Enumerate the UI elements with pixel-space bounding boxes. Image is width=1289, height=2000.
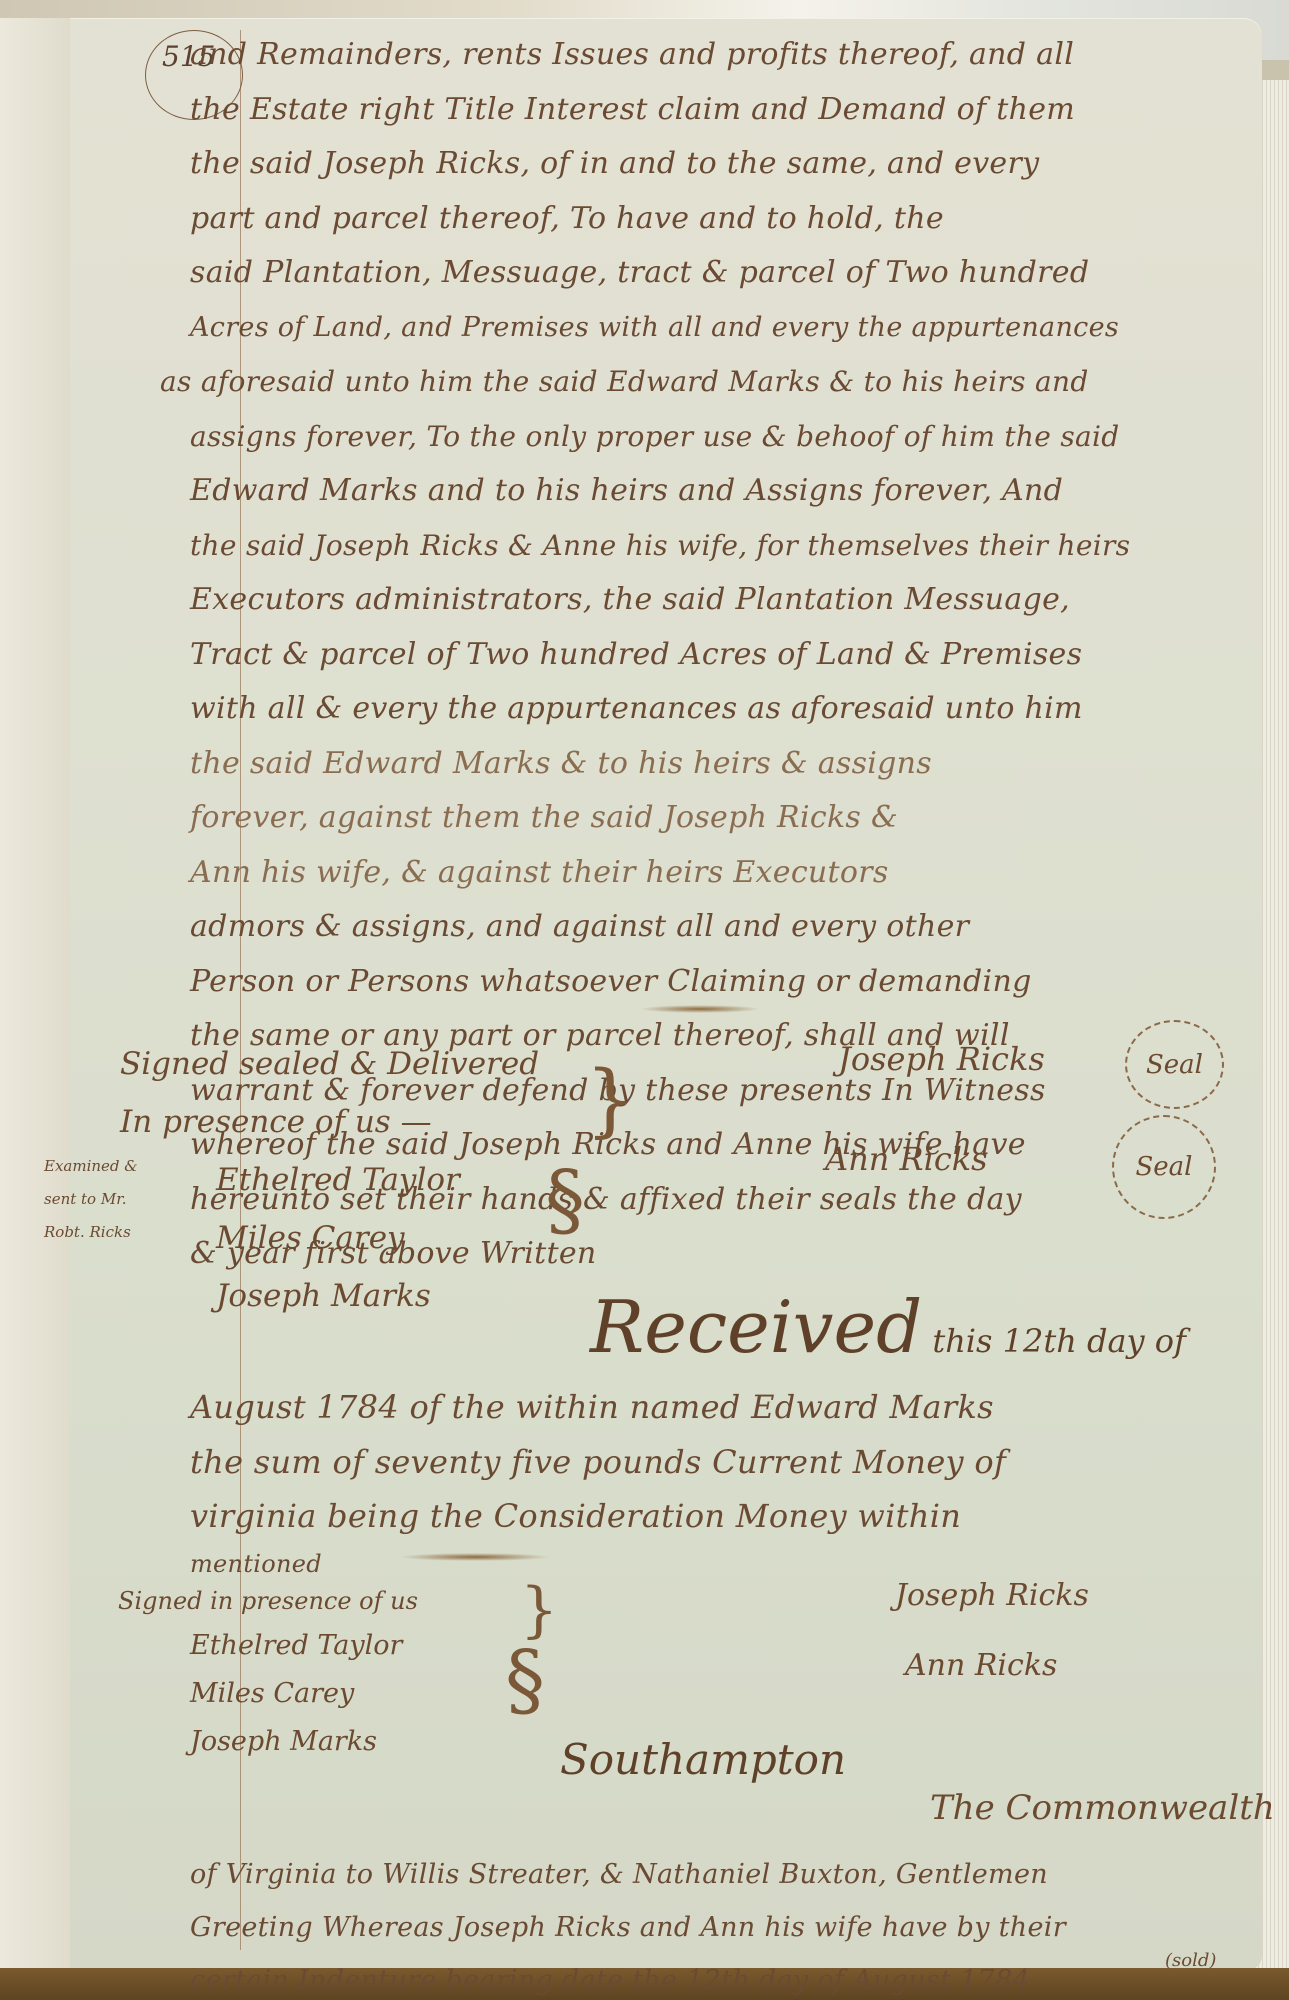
seal-scroll: Seal xyxy=(1125,1020,1224,1109)
deed-line: forever, against them the said Joseph Ri… xyxy=(190,791,1250,846)
deed-line: Executors administrators, the said Plant… xyxy=(190,573,1250,628)
commission-line: certain Indenture bearing date the 12th … xyxy=(190,1954,1250,2000)
commission-body: of Virginia to Willis Streater, & Nathan… xyxy=(190,1848,1250,2000)
receipt-title: Received xyxy=(590,1285,922,1369)
witness-name: Miles Carey xyxy=(216,1209,539,1267)
receipt-line: August 1784 of the within named Edward M… xyxy=(190,1380,1250,1435)
margin-note-line: Robt. Ricks xyxy=(44,1216,224,1249)
deed-line: admors & assigns, and against all and ev… xyxy=(190,900,1250,955)
commission-line: of Virginia to Willis Streater, & Nathan… xyxy=(190,1848,1250,1901)
deed-line: and Remainders, rents Issues and profits… xyxy=(190,28,1250,83)
margin-note: Examined & sent to Mr. Robt. Ricks xyxy=(44,1150,224,1249)
seal-label: Seal xyxy=(1146,1050,1203,1080)
deed-line: as aforesaid unto him the said Edward Ma… xyxy=(160,355,1250,410)
deed-line: Person or Persons whatsoever Claiming or… xyxy=(190,955,1250,1010)
receipt-signature: Joseph Ricks xyxy=(895,1578,1089,1613)
deed-line: the said Joseph Ricks & Anne his wife, f… xyxy=(190,519,1250,574)
seal-scroll: Seal xyxy=(1112,1115,1216,1219)
grantor-signature: Joseph Ricks xyxy=(838,1040,1045,1078)
county-heading: Southampton xyxy=(560,1735,846,1784)
brace-flourish: § xyxy=(505,1640,545,1720)
deed-line: Ann his wife, & against their heirs Exec… xyxy=(190,846,1250,901)
deed-line: Edward Marks and to his heirs and Assign… xyxy=(190,464,1250,519)
witness-name: Miles Carey xyxy=(190,1670,418,1718)
witness-name: Ethelred Taylor xyxy=(216,1151,539,1209)
deed-line: assigns forever, To the only proper use … xyxy=(190,410,1250,465)
witness-name: Joseph Marks xyxy=(190,1718,418,1766)
witness-name: Ethelred Taylor xyxy=(190,1622,418,1670)
receipt-line: mentioned xyxy=(190,1544,1250,1584)
deed-line: the Estate right Title Interest claim an… xyxy=(190,83,1250,138)
witness-name: Joseph Marks xyxy=(216,1267,539,1325)
deed-line: part and parcel thereof, To have and to … xyxy=(190,192,1250,247)
seal-label: Seal xyxy=(1135,1152,1192,1182)
deed-line: Acres of Land, and Premises with all and… xyxy=(190,301,1250,356)
deed-line: said Plantation, Messuage, tract & parce… xyxy=(190,246,1250,301)
receipt-body: August 1784 of the within named Edward M… xyxy=(190,1380,1250,1584)
ink-flourish xyxy=(640,1005,760,1013)
catchword: (sold) xyxy=(1165,1950,1216,1971)
attestation-heading: Signed sealed & Delivered xyxy=(120,1035,539,1093)
brace-flourish: } xyxy=(520,1580,558,1640)
receipt-witness-block: Signed in presence of us Ethelred Taylor… xyxy=(118,1580,418,1766)
deed-line: the said Joseph Ricks, of in and to the … xyxy=(190,137,1250,192)
deed-line: the said Edward Marks & to his heirs & a… xyxy=(190,737,1250,792)
margin-note-line: sent to Mr. xyxy=(44,1183,224,1216)
deed-line: Tract & parcel of Two hundred Acres of L… xyxy=(190,628,1250,683)
ink-flourish xyxy=(400,1553,550,1561)
brace-flourish: } xyxy=(585,1060,636,1140)
page-gutter xyxy=(0,18,70,1970)
receipt-witness-heading: Signed in presence of us xyxy=(118,1580,418,1622)
commission-opening: The Commonwealth xyxy=(930,1788,1275,1828)
brace-flourish: § xyxy=(545,1160,585,1240)
receipt-date: this 12th day of xyxy=(932,1322,1186,1360)
receipt-line: virginia being the Consideration Money w… xyxy=(190,1489,1250,1544)
attestation-heading: In presence of us — xyxy=(120,1093,539,1151)
receipt-heading: Received this 12th day of xyxy=(590,1285,1186,1369)
margin-note-line: Examined & xyxy=(44,1150,224,1183)
receipt-line: the sum of seventy five pounds Current M… xyxy=(190,1435,1250,1490)
deed-line: with all & every the appurtenances as af… xyxy=(190,682,1250,737)
grantor-signature: Ann Ricks xyxy=(825,1140,988,1178)
receipt-signature: Ann Ricks xyxy=(905,1648,1057,1683)
commission-line: Greeting Whereas Joseph Ricks and Ann hi… xyxy=(190,1901,1250,1954)
